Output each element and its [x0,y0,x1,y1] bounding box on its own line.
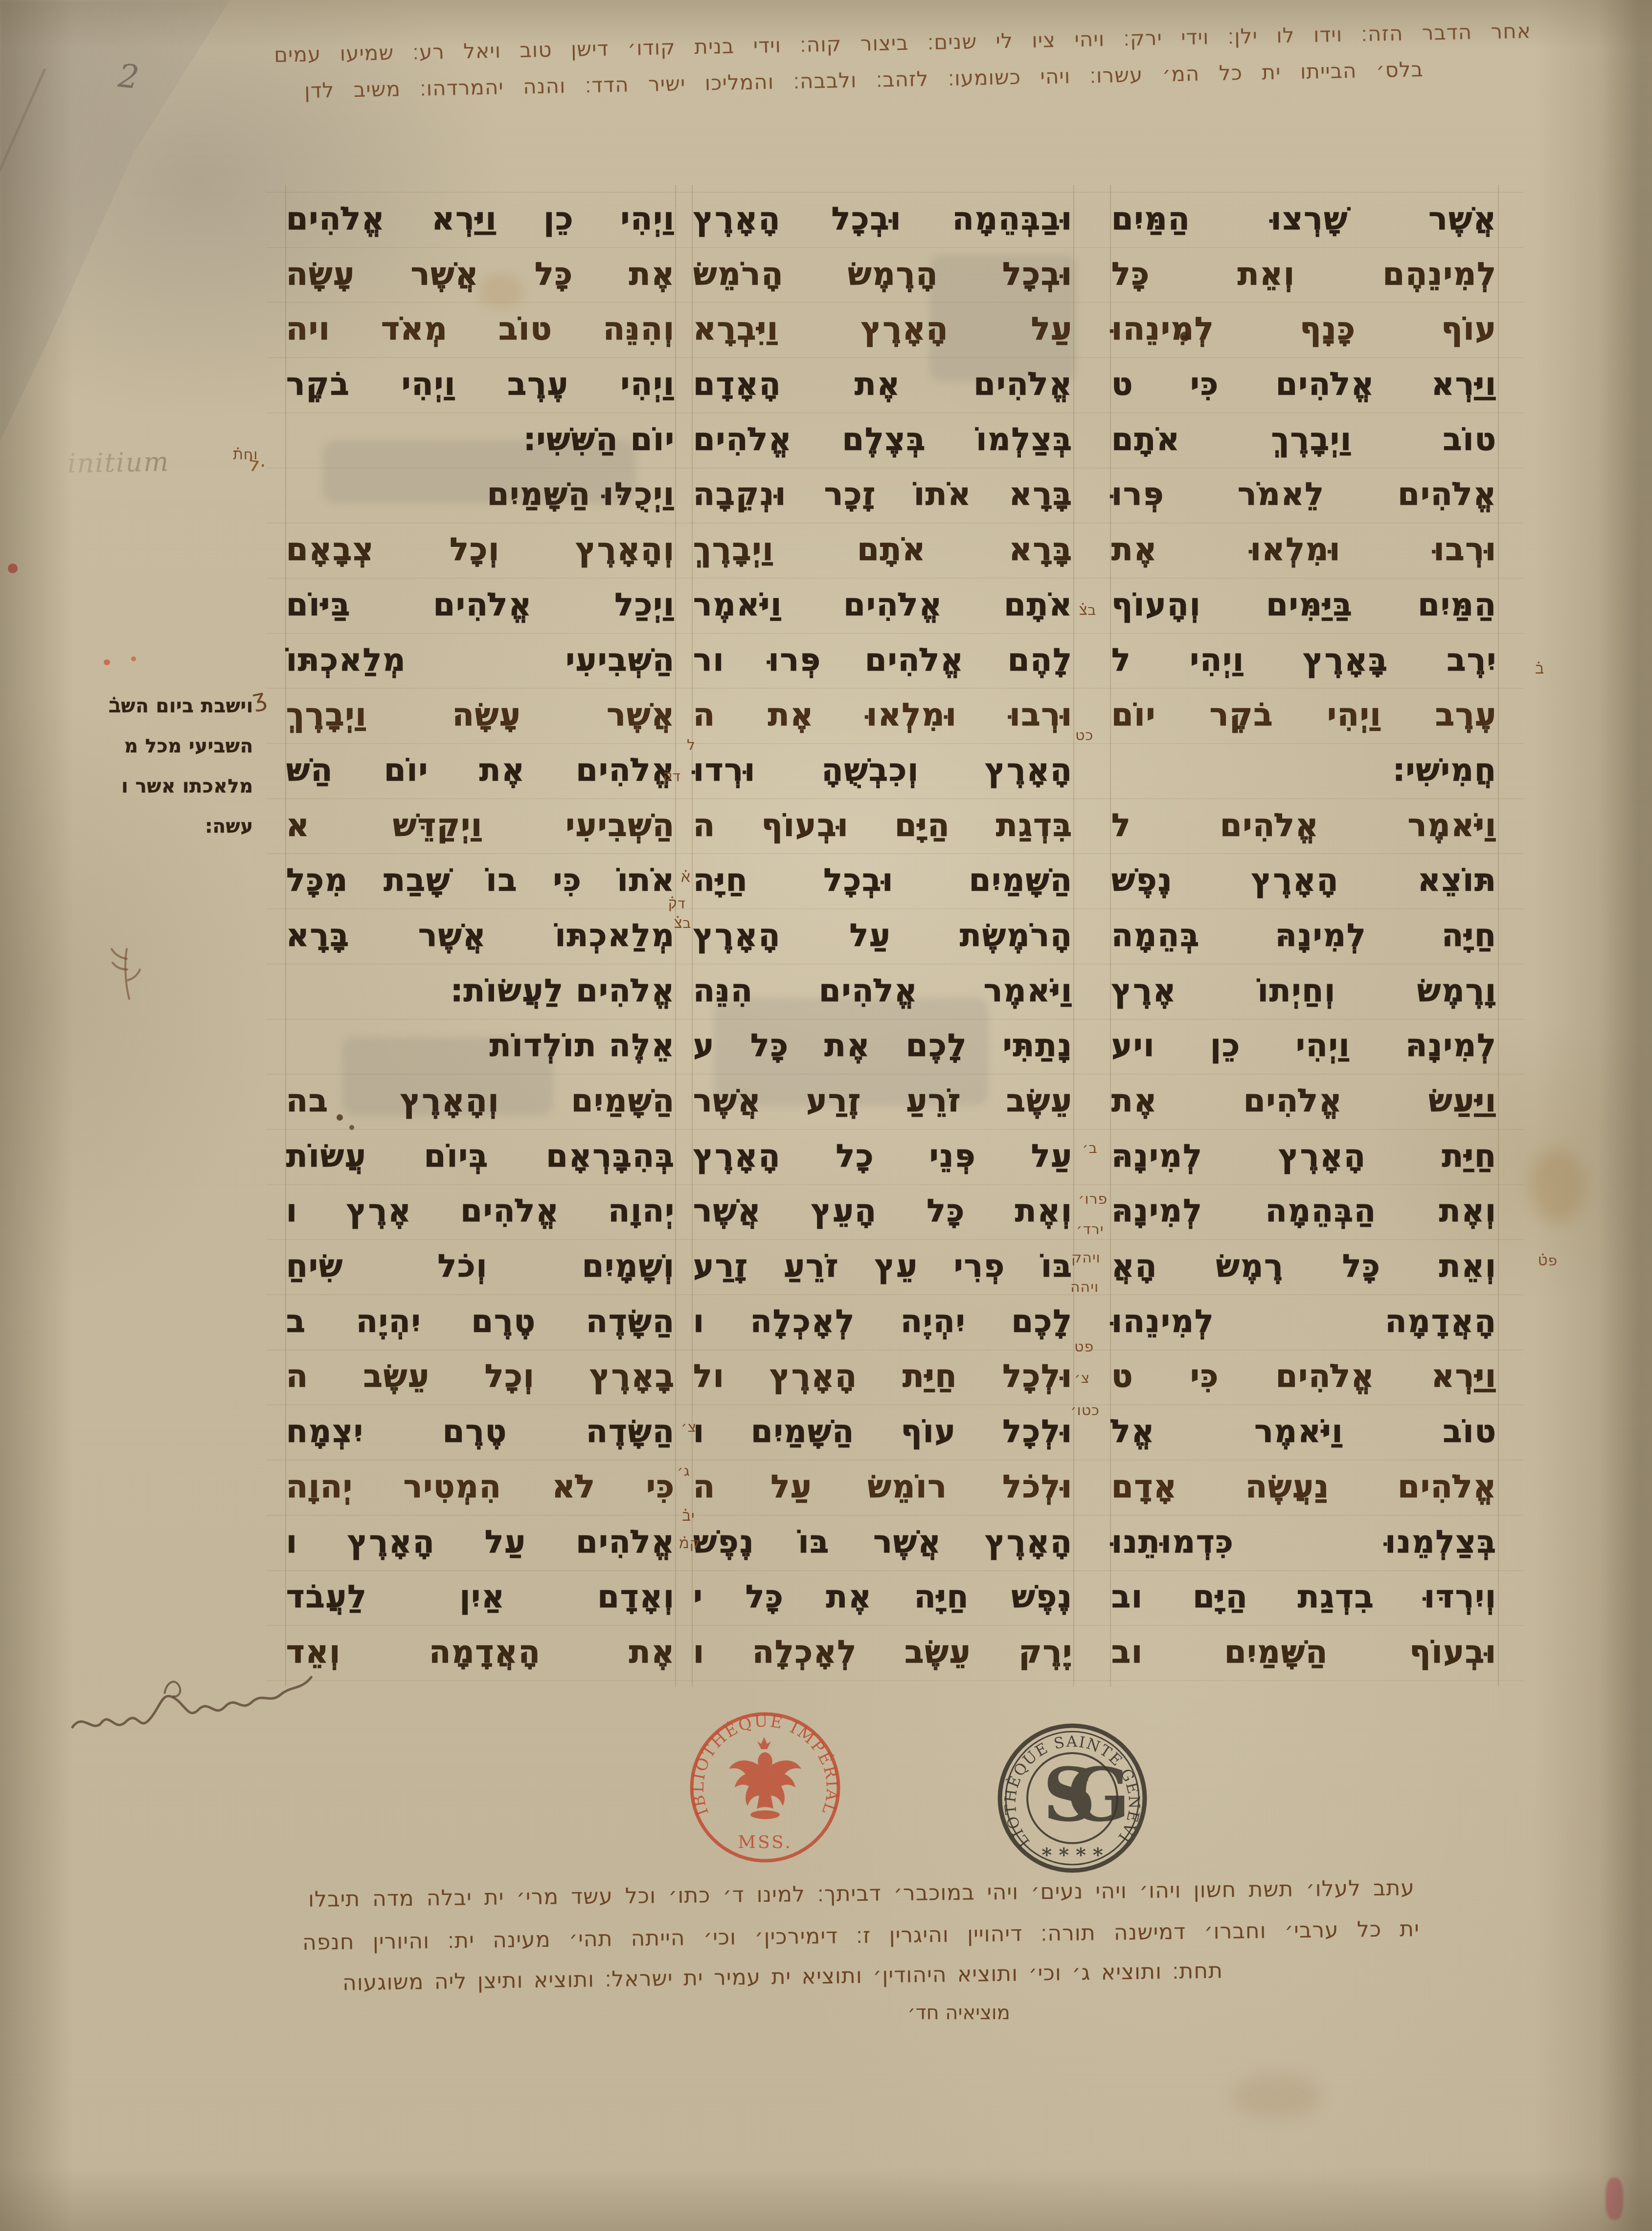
bible-text-line: אֱלֹהִים אֶת יוֹם הַשּׁ [286,743,675,798]
bible-text-line: בְּצַלְמֵנוּ כִּדְמוּתֵנוּ [1111,1515,1497,1570]
bible-text-line: אֶת כָּל אֲשֶׁר עָשָׂה [286,247,675,302]
text-column-middle: וּבַבְּהֵמָה וּבְכָל הָאָרֶץוּבְכָל הָרֶ… [693,192,1073,1680]
column-rule [1498,185,1499,1687]
red-speck [8,563,18,573]
masorah-magna-line: תחת׃ ותוציא ג׳ וכי׳ ותוציא היהודין׳ ותוצ… [342,1956,1223,1998]
column-rule [1073,185,1074,1687]
bible-text-line: וּרְבוּ וּמִלְאוּ אֶת [1111,522,1497,578]
bible-text-line: נָתַתִּי לָכֶם אֶת כָּל ע [693,1018,1073,1074]
bible-text-line: וַיְהִי עֶרֶב וַיְהִי בֹקֶר [286,357,675,412]
bible-text-line: יִרֶב בָּאָרֶץ וַיְהִי ל [1111,633,1497,688]
bible-text-line: וּרְבוּ וּמִלְאוּ אֶת ה [693,688,1073,743]
bible-text-line: וְשָׁמָיִם וְכֹל שִׂיחַ [286,1239,675,1294]
bible-text-line: אֱלֹהִים אֶת הָאָדָם [693,357,1073,412]
bible-text-line: אֱלֹהִים נַעֲשֶׂה אָדָם [1111,1460,1497,1515]
masorah-parva-note: פט֗ [1538,1253,1558,1269]
bible-text-line: הַשָּׁמַיִם וּבְכָל חַיָּה [693,853,1073,908]
margin-note-line: וישבת ביום השב֗ [109,686,253,726]
gloss-mark: ל· [247,453,268,477]
bible-text-line: הָאֲדָמָה לְמִינֵהוּ [1111,1294,1497,1350]
masorah-parva-note: דק֗ [663,769,681,785]
margin-note-line: עשה׃ [109,806,253,846]
margin-note-line: השביעי מכל מ [109,726,253,766]
bible-text-line: בִּדְגַת הַיָּם וּבְעוֹף ה [693,798,1073,854]
sprig-mark [105,944,149,1003]
bible-text-line: בָּרָא אֹתָם וַיְבָרֶךְ [693,522,1073,578]
bible-text-line: אֲשֶׁר עָשָׂה וַיְבָרֶךְ [286,688,675,743]
masorah-parva-note: ויהה [1070,1280,1099,1295]
masorah-magna-line: עתב לעלו׳ תשת חשון ויהו׳ ויהי נעים׳ ויהי… [308,1873,1415,1915]
stain [1233,2074,1321,2118]
bible-text-line: טוֹב וַיֹּאמֶר אֱלֹ [1111,1404,1497,1460]
bible-text-line: וּלְכָל עוֹף הַשָּׁמַיִם ו [693,1404,1073,1460]
column-rule [675,185,676,1687]
bible-text-line: עוֹף כָּנָף לְמִינֵהוּ [1111,302,1497,357]
bible-text-line: וַיֹּאמֶר אֱלֹהִים ל [1111,798,1497,854]
bible-text-line: עַל הָאָרֶץ וַיִּבְרָא [693,302,1073,357]
bible-text-line: וּלְכֹל רוֹמֵשׂ עַל ה [693,1460,1073,1515]
bible-text-line: וַיַּעַשׂ אֱלֹהִים אֶת [1111,1074,1497,1129]
bible-text-line: לָהֶם אֱלֹהִים פְּרוּ ור [693,633,1073,688]
masorah-parva-note: יב֗ [682,1509,695,1524]
sainte-genevieve-stamp: BIBLIOTHÈQUE SAINTE GENEVIÈVE * * * * SG [994,1720,1151,1876]
bible-text-line: אֶת הָאֲדָמָה וְאֵד [286,1625,675,1680]
bible-text-line: חַיָּה לְמִינָהּ בְּהֵמָה [1111,908,1497,964]
red-speck [131,656,136,661]
bible-text-line: אֱלֹהִים לֵאמֹר פְּרוּ [1111,467,1497,522]
bible-text-line: הַמַּיִם בַּיַּמִּים וְהָעוֹף [1111,578,1497,633]
bible-text-line: וַיַּרְא אֱלֹהִים כִּי ט [1111,1349,1497,1404]
masorah-parva-note: דק֗ [668,896,686,912]
bible-text-line: אֱלֹהִים עַל הָאָרֶץ ו [286,1515,675,1570]
bible-text-line: וְאָדָם אַיִן לַעֲבֹד [286,1570,675,1625]
bible-text-line: וְיִרְדּוּ בִדְגַת הַיָּם וב [1111,1570,1497,1625]
bible-text-line: וּבַבְּהֵמָה וּבְכָל הָאָרֶץ [693,192,1073,247]
bible-text-line: וְאֵת כָּל רֶמֶשׂ הָאֲ [1111,1239,1497,1294]
bible-text-line: וַיֹּאמֶר אֱלֹהִים הִנֵּה [693,964,1073,1019]
bible-text-line: מְלַאכְתּוֹ אֲשֶׁר בָּרָא [286,908,675,964]
masorah-parva-note: פרו׳ [1078,1192,1108,1207]
bible-text-line: בְּהִבָּרְאָם בְּיוֹם עֲשׂוֹת [286,1129,675,1184]
bible-text-line: בּוֹ פְרִי עֵץ זֹרֵעַ זָרַע [693,1239,1073,1294]
bible-text-line: הַשְּׁבִיעִי מְלַאכְתּוֹ [286,633,675,688]
column-rule [692,185,693,1687]
bible-text-line: בָּרָא אֹתוֹ זָכָר וּנְקֵבָה [693,467,1073,522]
bible-text-line: לָכֶם יִהְיֶה לְאָכְלָה ו [693,1294,1073,1350]
bible-text-line: חֲמִישִׁי׃ [1111,743,1497,798]
imperial-eagle-icon [729,1737,801,1819]
masorah-parva-note: ל [687,738,696,753]
bible-text-line: וּבְכָל הָרֶמֶשׂ הָרֹמֵשׂ [693,247,1073,302]
bible-text-line: לְמִינָהּ וַיְהִי כֵן ויע [1111,1018,1497,1074]
bible-text-line: נֶפֶשׁ חַיָּה אֶת כָּל י [693,1570,1073,1625]
bible-text-line: הַשָּׂדֶה טֶרֶם יִהְיֶה ב [286,1294,675,1350]
bible-text-line: וְאֶת הַבְּהֵמָה לְמִינָהּ [1111,1184,1497,1239]
bible-text-line: וְהִנֵּה טוֹב מְאֹד ויה [286,302,675,357]
margin-correction-note: וישבת ביום השב֗השביעי מכל ממלאכתו אשר וע… [109,686,253,846]
bible-text-line: הָרֹמֶשֶׂת עַל הָאָרֶץ [693,908,1073,964]
masorah-magna-small-line: מוציאיה חד׳ [851,2002,1066,2024]
masorah-parva-note: ויהק [1071,1250,1101,1266]
margin-note-line: מלאכתו אשר ו [109,766,253,806]
masorah-parva-note: ב֗ [1535,661,1544,677]
bible-text-line: יֶרֶק עֵשֶׂב לְאָכְלָה ו [693,1625,1073,1680]
bible-text-line: בָאָרֶץ וְכָל עֵשֶׂב ה [286,1349,675,1404]
black-stamp-stars: * * * * [1041,1844,1103,1867]
bible-text-line: הַשָּׂדֶה טֶרֶם יִצְמָח [286,1404,675,1460]
masorah-parva-note: בצ֗ [1079,603,1097,618]
bible-text-line: אֹתָם אֱלֹהִים וַיֹּאמֶר [693,578,1073,633]
masorah-parva-note: ירד׳ [1076,1222,1104,1238]
bible-text-line: וּלְכָל חַיַּת הָאָרֶץ ול [693,1349,1073,1404]
cursive-scribble-note [59,1647,332,1767]
bible-text-line: וַיְכֻלּוּ הַשָּׁמַיִם [286,467,675,522]
bible-text-line: אֵלֶּה תוֹלְדוֹת [286,1018,675,1074]
masorah-parva-note: ג׳ [677,1464,690,1479]
column-rule [1110,185,1111,1687]
bible-text-line: יוֹם הַשִּׁשִּׁי׃ [286,412,675,468]
red-imperial-stamp: BIBLIOTHÉQUE IMPÉRIALE MSS. [686,1708,844,1867]
masorah-parva-note: צ׳ [1074,1371,1090,1386]
bible-text-line: חַיַּת הָאָרֶץ לְמִינָהּ [1111,1129,1497,1184]
masorah-parva-note: כטו׳ [1070,1403,1100,1419]
red-stamp-mss-text: MSS. [738,1832,792,1852]
masorah-magna-line: ית כל ערבי׳ וחברו׳ דמישנה תורה׃ דיהויין … [302,1915,1420,1958]
masorah-parva-note: פט [1074,1339,1094,1355]
bible-text-line: לְמִינֵהֶם וְאֵת כָּל [1111,247,1497,302]
masorah-parva-note: קמ֗ [679,1536,701,1552]
bible-text-line: וּבְעוֹף הַשָּׁמַיִם וב [1111,1625,1497,1680]
bible-text-line: וָרֶמֶשׂ וְחַיְתוֹ אֶרֶץ [1111,964,1497,1019]
bible-text-line: בְּצַלְמוֹ בְּצֶלֶם אֱלֹהִים [693,412,1073,468]
bible-text-line: הָאָרֶץ וְכִבְשֻׁהָ וּרְדוּ [693,743,1073,798]
bible-text-line: טוֹב וַיְבָרֶךְ אֹתָם [1111,412,1497,468]
bible-text-line: וַיְהִי כֵן וַיַּרְא אֱלֹהִים [286,192,675,247]
masorah-parva-note: בצ֗ [674,916,692,931]
bible-text-line: עַל פְּנֵי כָל הָאָרֶץ [693,1129,1073,1184]
stain [1531,1149,1585,1223]
masorah-parva-note: צ׳ [681,1420,697,1435]
text-column-right: אֲשֶׁר שָׁרְצוּ הַמַּיִםלְמִינֵהֶם וְאֵת… [1111,192,1497,1680]
manuscript-page: 2 אחר הדבר הזה׃ וידו לו ילן׃ וידי ירק׃ ו… [0,0,1652,2231]
bible-text-line: יְהוָה אֱלֹהִים אֶרֶץ ו [286,1184,675,1239]
bible-text-line: וְהָאָרֶץ וְכָל צְבָאָם [286,522,675,578]
bible-text-line: הַשָּׁמַיִם וְהָאָרֶץ בה [286,1074,675,1129]
bible-text-line: הַשְּׁבִיעִי וַיְקַדֵּשׁ א [286,798,675,854]
bible-text-line: וַיַּרְא אֱלֹהִים כִּי ט [1111,357,1497,412]
bible-text-line: עֵשֶׂב זֹרֵעַ זֶרַע אֲשֶׁר [693,1074,1073,1129]
bible-text-line: אֱלֹהִים לַעֲשׂוֹת׃ [286,964,675,1019]
bible-text-line: עֶרֶב וַיְהִי בֹקֶר יוֹם [1111,688,1497,743]
corner-fold [0,0,230,479]
wax-mark [1606,2178,1623,2220]
bible-text-line: תּוֹצֵא הָאָרֶץ נֶפֶשׁ [1111,853,1497,908]
bible-text-line: אֹתוֹ כִּי בוֹ שָׁבַת מִכָּל [286,853,675,908]
bible-text-line: אֲשֶׁר שָׁרְצוּ הַמַּיִם [1111,192,1497,247]
masorah-parva-note: ב׳ [1082,1141,1098,1156]
red-speck [104,659,110,665]
masorah-parva-note: א֗ [681,870,691,885]
bible-text-line: כִּי לֹא הִמְטִיר יְהוָה [286,1460,675,1515]
bible-text-line: וְאֶת כָּל הָעֵץ אֲשֶׁר [693,1184,1073,1239]
masorah-parva-note: כט [1075,728,1093,744]
text-column-left: וַיְהִי כֵן וַיַּרְא אֱלֹהִיםאֶת כָּל אֲ… [286,192,675,1680]
bible-text-line: וַיְכַל אֱלֹהִים בַּיּוֹם [286,578,675,633]
bible-text-line: הָאָרֶץ אֲשֶׁר בּוֹ נֶפֶשׁ [693,1515,1073,1570]
